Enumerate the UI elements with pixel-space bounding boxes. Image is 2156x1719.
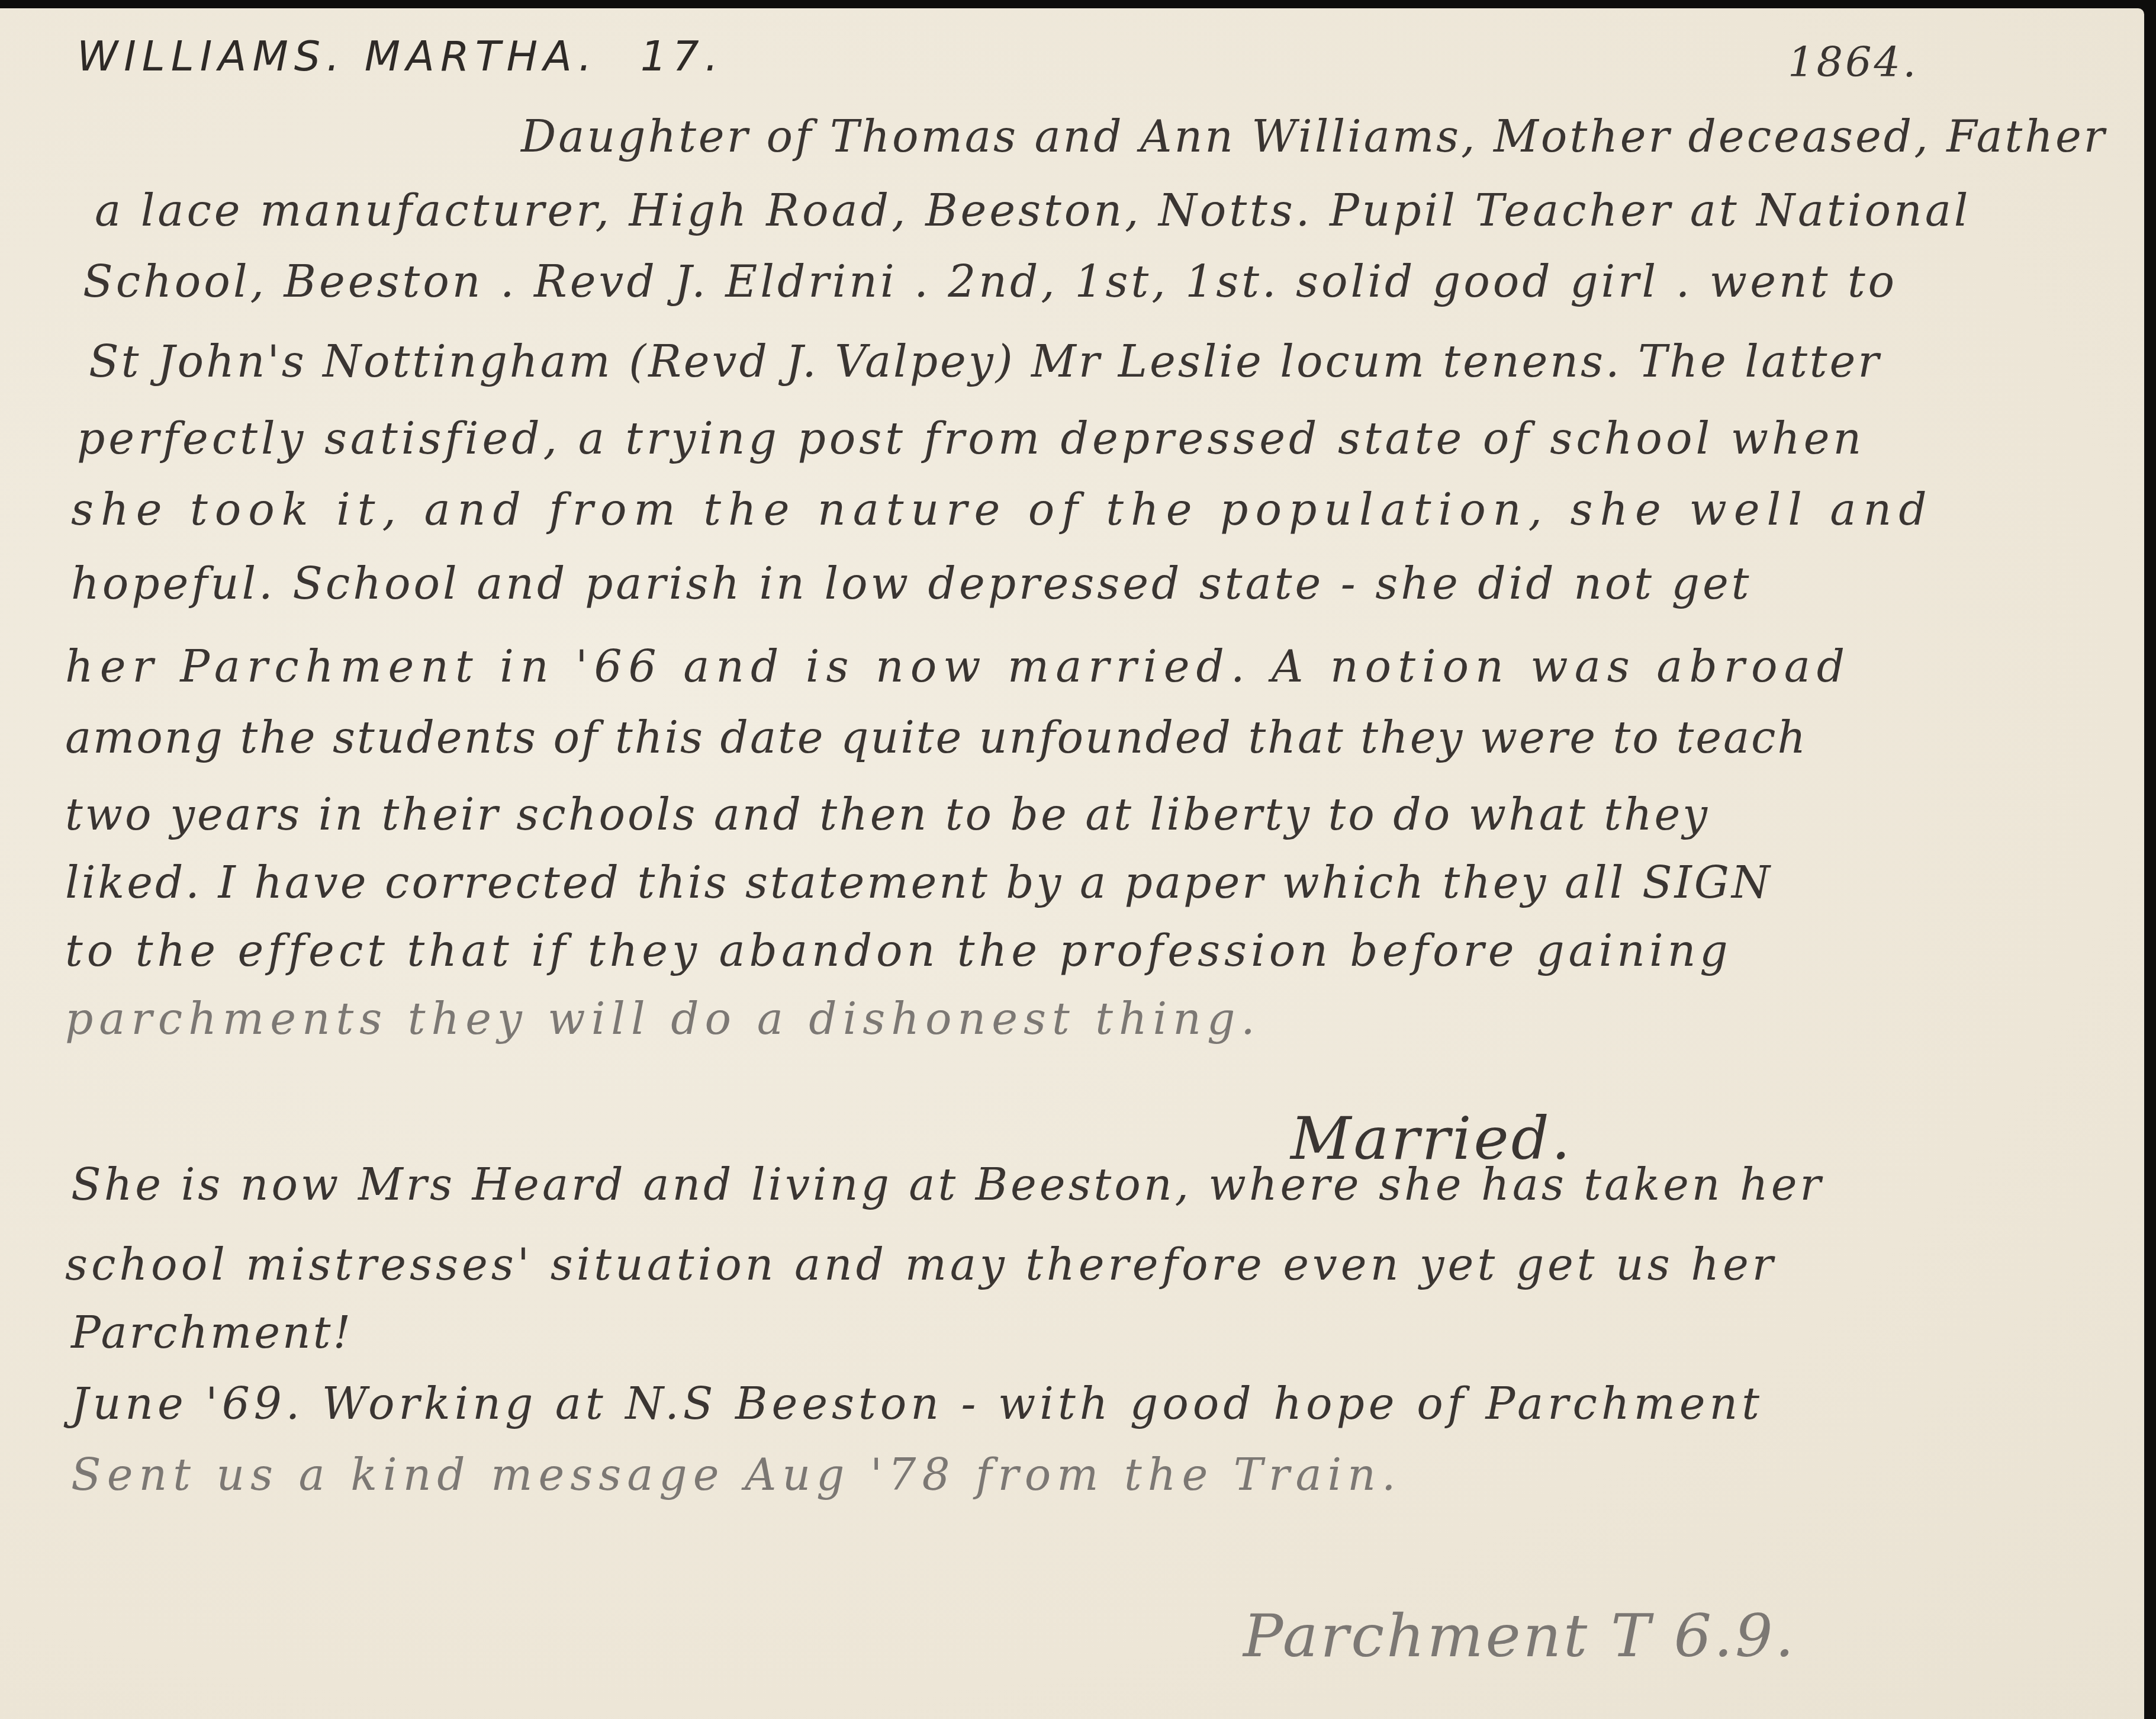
- body-line-2: a lace manufacturer, High Road, Beeston,…: [95, 189, 1971, 233]
- body-line-7: hopeful. School and parish in low depres…: [71, 562, 1752, 606]
- body-line-12: to the effect that if they abandon the p…: [65, 929, 1732, 973]
- married-line-2: school mistresses' situation and may the…: [65, 1243, 1777, 1287]
- later-note-2: Sent us a kind message Aug '78 from the …: [71, 1453, 1401, 1497]
- married-line-1: She is now Mrs Heard and living at Beest…: [71, 1163, 1824, 1207]
- body-line-11: liked. I have corrected this statement b…: [65, 861, 1772, 905]
- body-line-8: her Parchment in '66 and is now married.…: [65, 645, 1851, 689]
- student-name: WILLIAMS. MARTHA.: [77, 32, 597, 81]
- body-line-1: Daughter of Thomas and Ann Williams, Mot…: [521, 115, 2107, 159]
- body-line-6: she took it, and from the nature of the …: [71, 488, 1934, 532]
- record-header-name: WILLIAMS. MARTHA. 17.: [77, 32, 724, 81]
- scan-border-right: [2145, 0, 2156, 1719]
- body-line-4: St John's Nottingham (Revd J. Valpey) Mr…: [89, 340, 1881, 384]
- body-line-10: two years in their schools and then to b…: [65, 793, 1710, 837]
- record-year: 1864.: [1788, 38, 1918, 86]
- record-card: WILLIAMS. MARTHA. 17. 1864. Daughter of …: [0, 8, 2144, 1719]
- body-line-13: parchments they will do a dishonest thin…: [65, 997, 1261, 1041]
- student-number: 17.: [641, 32, 724, 81]
- parchment-certificate-note: Parchment T 6.9.: [1243, 1601, 1796, 1670]
- later-note-1: June '69. Working at N.S Beeston - with …: [71, 1382, 1764, 1426]
- body-line-5: perfectly satisfied, a trying post from …: [77, 417, 1865, 461]
- body-line-9: among the students of this date quite un…: [65, 716, 1807, 760]
- married-line-3: Parchment!: [71, 1311, 353, 1355]
- body-line-3: School, Beeston . Revd J. Eldrini . 2nd,…: [83, 260, 1897, 304]
